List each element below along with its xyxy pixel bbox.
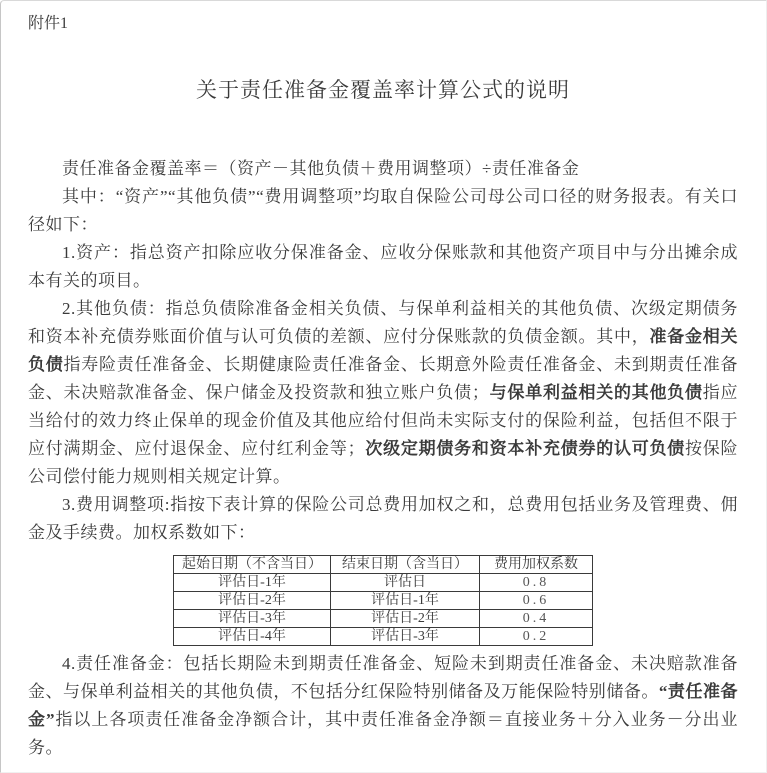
item-expense-adjustment-paragraph: 3.费用调整项:指按下表计算的保险公司总费用加权之和，总费用包括业务及管理费、佣… — [28, 491, 738, 547]
end-date-cell: 评估日-3年 — [331, 628, 480, 646]
weight-coefficient-cell: 0.8 — [480, 574, 593, 592]
weight-coefficient-cell: 0.2 — [480, 628, 593, 646]
end-date-cell: 评估日-2年 — [331, 610, 480, 628]
end-date-cell: 评估日 — [331, 574, 480, 592]
document-title: 关于责任准备金覆盖率计算公式的说明 — [28, 75, 738, 105]
table-row: 评估日-2年评估日-1年0.6 — [174, 592, 593, 610]
document-page: 附件1 关于责任准备金覆盖率计算公式的说明 责任准备金覆盖率＝（资产－其他负债＋… — [0, 0, 767, 773]
end-date-cell: 评估日-1年 — [331, 592, 480, 610]
table-row: 评估日-4年评估日-3年0.2 — [174, 628, 593, 646]
col-header-weight-coefficient: 费用加权系数 — [480, 556, 593, 574]
attachment-label: 附件1 — [28, 13, 738, 35]
item-other-liabilities-paragraph: 2.其他负债：指总负债除准备金相关负债、与保单利益相关的其他负债、次级定期债务和… — [28, 295, 738, 491]
item-reserves-paragraph: 4.责任准备金：包括长期险未到期责任准备金、短险未到期责任准备金、未决赔款准备金… — [28, 650, 738, 762]
expense-weight-table-body: 评估日-1年评估日0.8评估日-2年评估日-1年0.6评估日-3年评估日-2年0… — [174, 574, 593, 646]
item-assets-paragraph: 1.资产：指总资产扣除应收分保准备金、应收分保账款和其他资产项目中与分出摊余成本… — [28, 239, 738, 295]
table-row: 评估日-1年评估日0.8 — [174, 574, 593, 592]
caliber-intro-paragraph: 其中：“资产”“其他负债”“费用调整项”均取自保险公司母公司口径的财务报表。有关… — [28, 183, 738, 239]
text-run: 4.责任准备金：包括长期险未到期责任准备金、短险未到期责任准备金、未决赔款准备金… — [28, 654, 738, 701]
table-row: 评估日-3年评估日-2年0.4 — [174, 610, 593, 628]
text-run: 指以上各项责任准备金净额合计，其中责任准备金净额＝直接业务＋分入业务－分出业务。 — [28, 710, 738, 757]
weight-coefficient-cell: 0.6 — [480, 592, 593, 610]
bold-term: 与保单利益相关的其他负债 — [489, 383, 702, 402]
bold-term: 次级定期债务和资本补充债券的认可负债 — [365, 439, 685, 458]
table-header-row: 起始日期（不含当日） 结束日期（含当日） 费用加权系数 — [174, 556, 593, 574]
start-date-cell: 评估日-2年 — [174, 592, 331, 610]
formula-line: 责任准备金覆盖率＝（资产－其他负债＋费用调整项）÷责任准备金 — [28, 155, 738, 183]
col-header-start-date: 起始日期（不含当日） — [174, 556, 331, 574]
start-date-cell: 评估日-4年 — [174, 628, 331, 646]
col-header-end-date: 结束日期（含当日） — [331, 556, 480, 574]
expense-weight-table: 起始日期（不含当日） 结束日期（含当日） 费用加权系数 评估日-1年评估日0.8… — [173, 555, 593, 646]
weight-coefficient-cell: 0.4 — [480, 610, 593, 628]
document-body: 责任准备金覆盖率＝（资产－其他负债＋费用调整项）÷责任准备金 其中：“资产”“其… — [28, 155, 738, 762]
start-date-cell: 评估日-3年 — [174, 610, 331, 628]
expense-weight-table-head: 起始日期（不含当日） 结束日期（含当日） 费用加权系数 — [174, 556, 593, 574]
start-date-cell: 评估日-1年 — [174, 574, 331, 592]
text-run: 2.其他负债：指总负债除准备金相关负债、与保单利益相关的其他负债、次级定期债务和… — [28, 299, 738, 346]
